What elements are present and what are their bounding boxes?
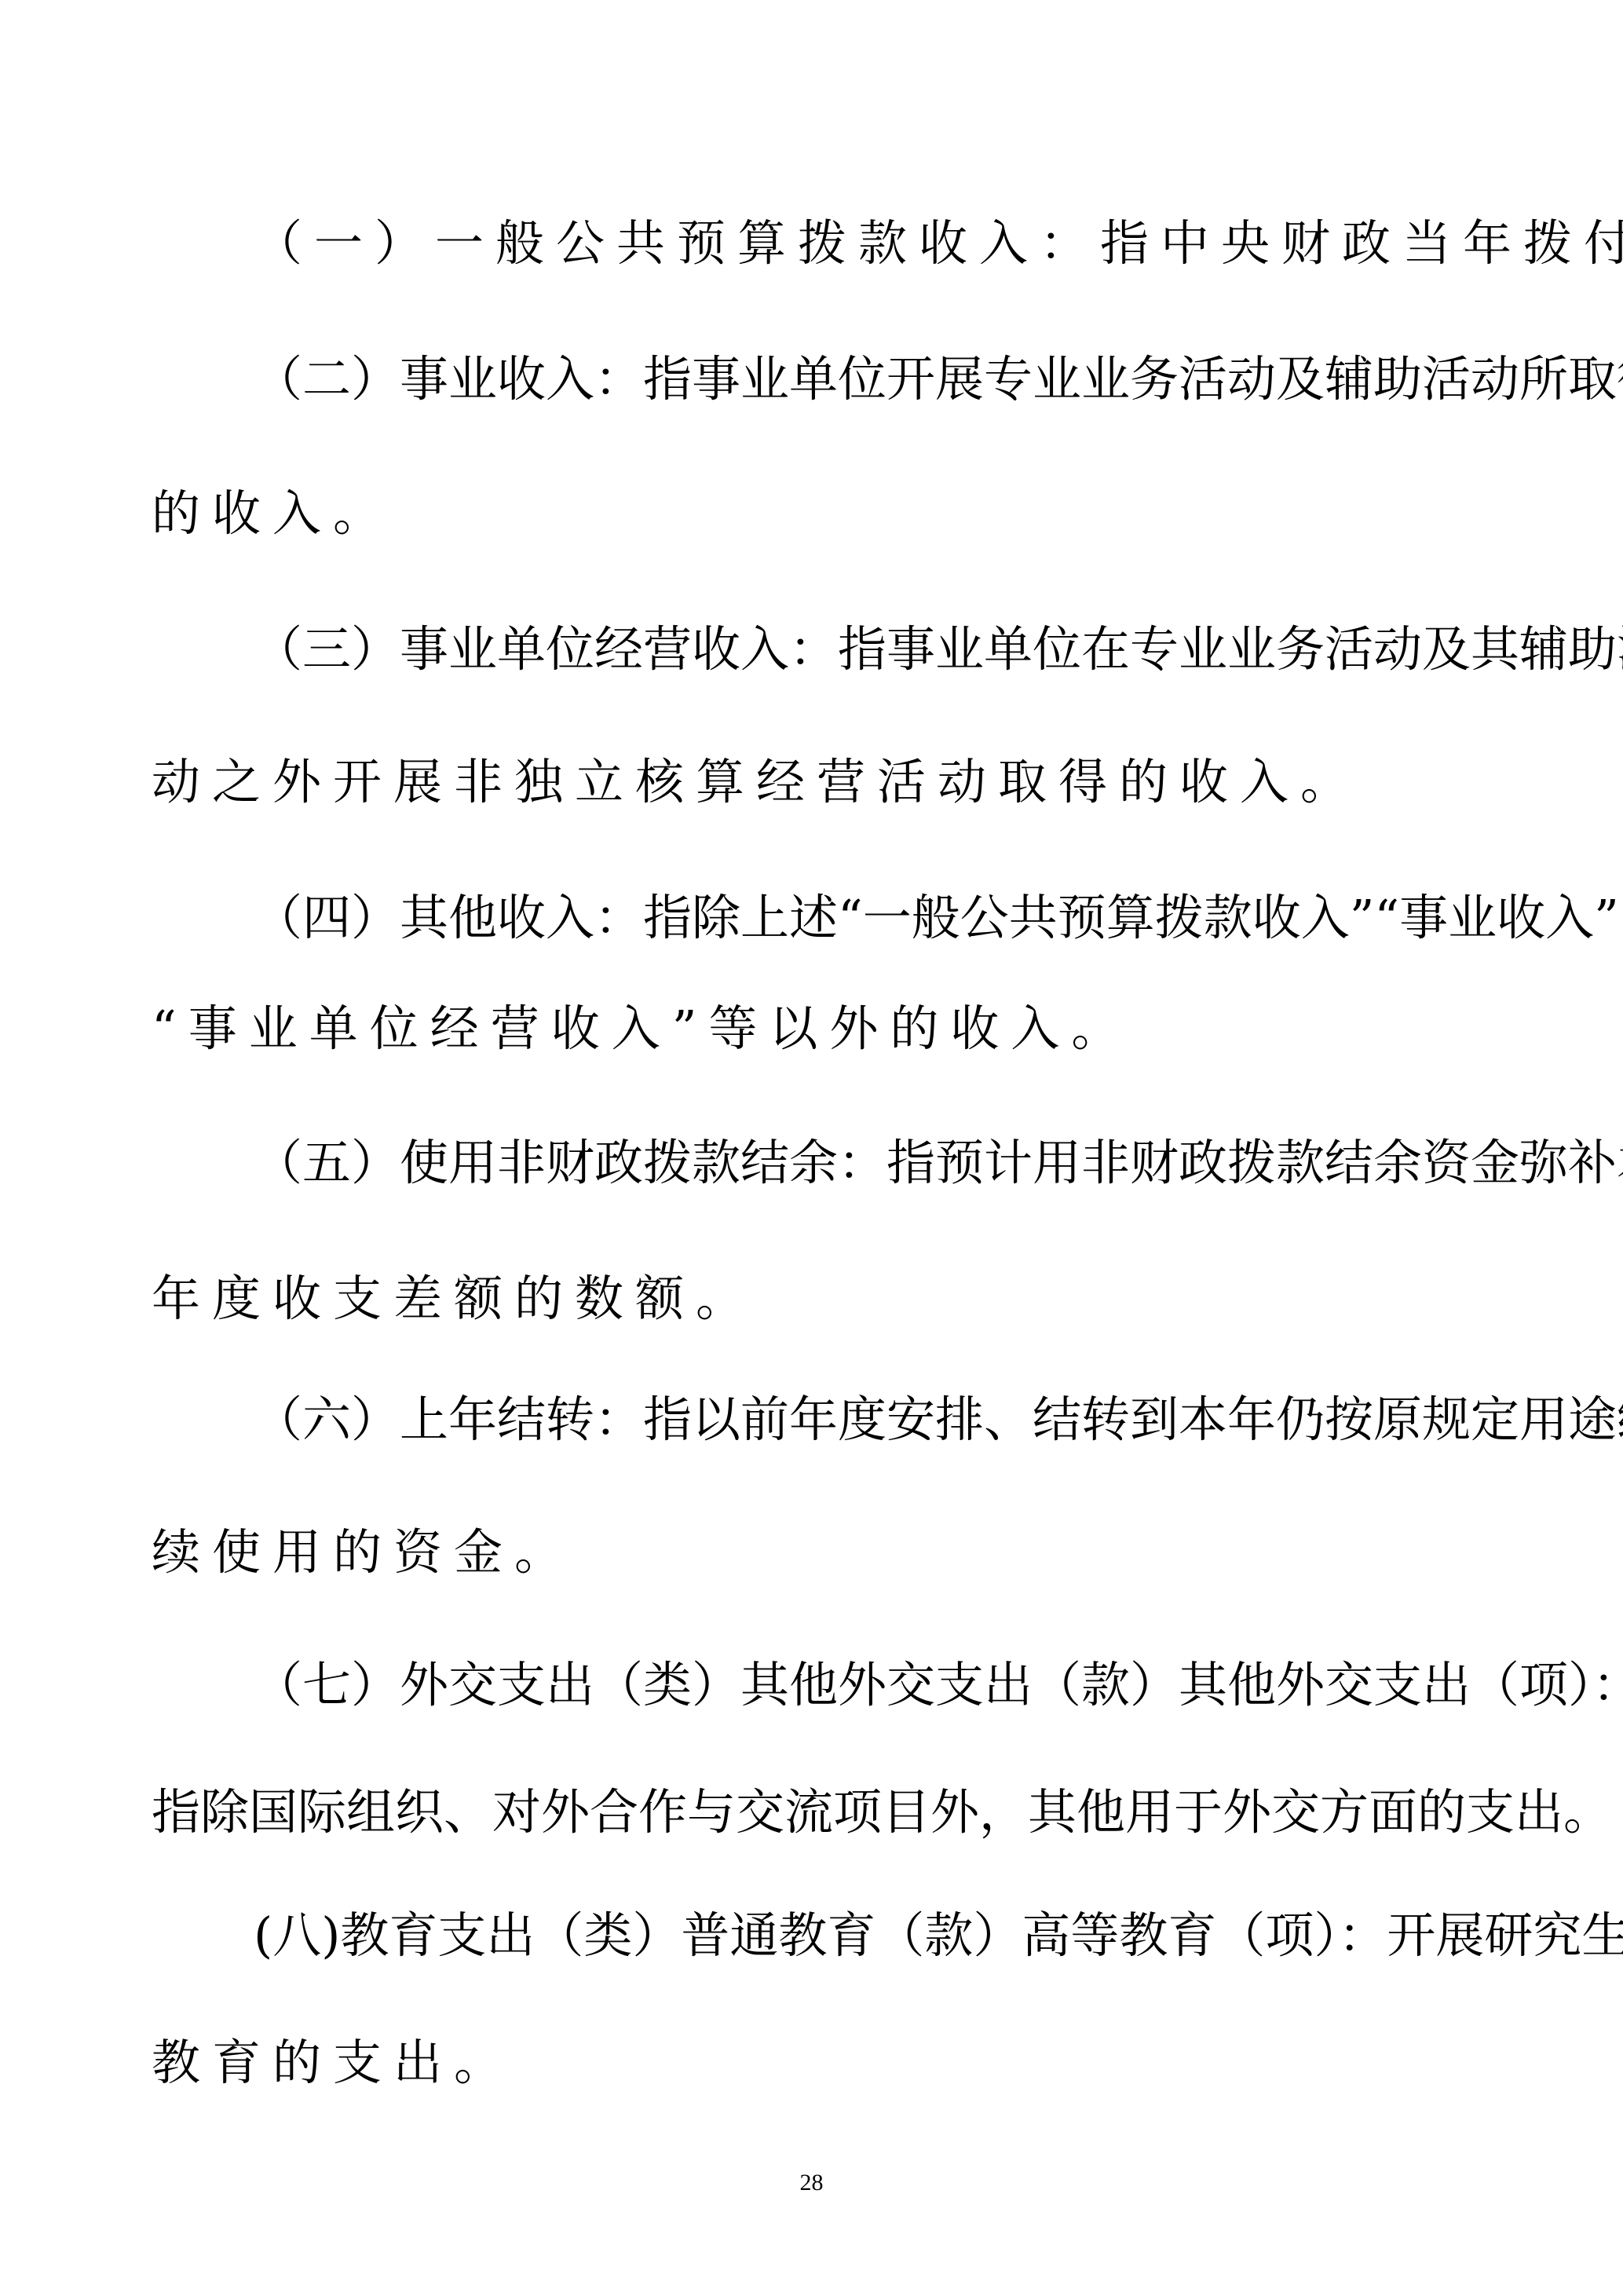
paragraph-4-line-2: “事业单位经营收入”等以外的收入。 — [152, 997, 1490, 1060]
paragraph-6-line-1: （六）上年结转：指以前年度安排、结转到本年仍按原规定用途继 — [254, 1388, 1490, 1451]
paragraph-1-line-1: （一）一般公共预算拨款收入：指中央财政当年拨付的资金。 — [254, 212, 1490, 275]
paragraph-6-line-2: 续使用的资金。 — [152, 1521, 1490, 1584]
paragraph-5-line-1: （五）使用非财政拨款结余：指预计用非财政拨款结余资金弥补本 — [254, 1132, 1490, 1194]
paragraph-2-line-1: （二）事业收入：指事业单位开展专业业务活动及辅助活动所取得 — [254, 348, 1490, 411]
page-number: 28 — [0, 2167, 1623, 2199]
paragraph-3-line-1: （三）事业单位经营收入：指事业单位在专业业务活动及其辅助活 — [254, 618, 1490, 681]
paragraph-3-line-2: 动之外开展非独立核算经营活动取得的收入。 — [152, 751, 1490, 813]
paragraph-8-line-2: 教育的支出。 — [152, 2031, 1490, 2094]
paragraph-2-line-2: 的收入。 — [152, 482, 1490, 545]
document-page: （一）一般公共预算拨款收入：指中央财政当年拨付的资金。 （二）事业收入：指事业单… — [0, 0, 1623, 2296]
paragraph-7-line-2: 指除国际组织、对外合作与交流项目外，其他用于外交方面的支出。 — [152, 1781, 1490, 1844]
paragraph-5-line-2: 年度收支差额的数额。 — [152, 1267, 1490, 1330]
paragraph-7-line-1: （七）外交支出（类）其他外交支出（款）其他外交支出（项）： — [254, 1654, 1490, 1717]
paragraph-4-line-1: （四）其他收入：指除上述“一般公共预算拨款收入”“事业收入” — [254, 887, 1490, 949]
paragraph-8-line-1: (八)教育支出（类）普通教育（款）高等教育（项）：开展研究生 — [254, 1904, 1490, 1967]
